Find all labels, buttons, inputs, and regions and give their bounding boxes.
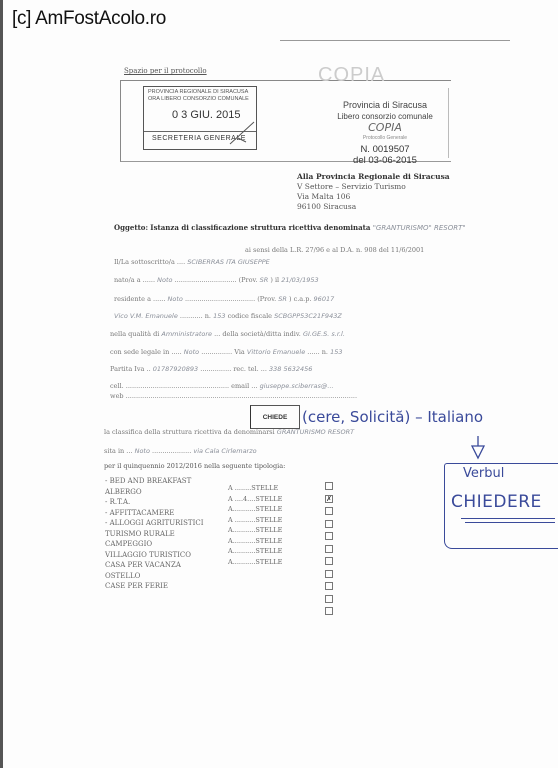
- classification-line: la classifica della struttura ricettiva …: [104, 428, 354, 436]
- field-web: web ....................................…: [110, 392, 357, 400]
- recipient-address: Alla Provincia Regionale di Siracusa V S…: [297, 172, 450, 212]
- site-line: sita in ... Noto ................... via…: [104, 447, 257, 455]
- classification-value: GRANTURISMO RESORT: [277, 428, 354, 436]
- field-value: 96017: [314, 295, 335, 303]
- field-piva: Partita Iva .. 01787920893 .............…: [110, 365, 312, 373]
- type-label: TURISMO RURALE: [105, 529, 204, 540]
- protocol-date: del 03-06-2015: [335, 155, 435, 166]
- underline: [465, 522, 555, 523]
- protocol-stamp: Provincia di Siracusa Libero consorzio c…: [335, 100, 435, 166]
- field-value: 21/03/1953: [281, 276, 318, 284]
- field-value: GI.GE.S. s.r.l.: [303, 330, 345, 338]
- field-value: Vico V.M. Emanuele: [114, 312, 178, 320]
- field-value: Vittorio Emanuele: [247, 348, 305, 356]
- field-value: 153: [213, 312, 225, 320]
- field-label: (Prov.: [239, 276, 258, 284]
- prov-line1: Provincia di Siracusa: [335, 100, 435, 111]
- signature-icon: [228, 118, 258, 148]
- subject-text: Istanza di classificazione struttura ric…: [150, 223, 370, 232]
- site-label: sita in: [104, 447, 124, 455]
- field-value: SR: [260, 276, 269, 284]
- type-label: ALBERGO: [105, 487, 204, 498]
- chiede-box: CHIEDE: [250, 405, 300, 429]
- recipient-line1: Alla Provincia Regionale di Siracusa: [297, 172, 450, 181]
- field-indirizzo: Vico V.M. Emanuele ........... n. 153 co…: [114, 312, 342, 320]
- type-checkbox[interactable]: [325, 482, 333, 490]
- stars-field[interactable]: A...........STELLE: [228, 504, 282, 515]
- field-label: con sede legale in: [110, 348, 169, 356]
- field-value: 338 5632456: [269, 365, 312, 373]
- field-label: email: [231, 382, 249, 390]
- classification-label: la classifica della struttura ricettiva …: [104, 428, 275, 436]
- field-sede: con sede legale in ..... Noto ..........…: [110, 348, 343, 356]
- type-label: - BED AND BREAKFAST: [105, 476, 204, 487]
- stamp-border: [448, 88, 449, 158]
- field-label: della società/ditta indiv.: [222, 330, 300, 338]
- subject-label: Oggetto:: [114, 223, 148, 232]
- recipient-line3: Via Malta 106: [297, 192, 350, 201]
- verb-title: Verbul: [463, 466, 504, 481]
- field-value: SR: [278, 295, 287, 303]
- copy-mark: COPIA: [318, 64, 385, 87]
- law-ref: ai sensi della L.R. 27/96 e al D.A. n. 9…: [245, 246, 424, 254]
- type-label: VILLAGGIO TURISTICO: [105, 550, 204, 561]
- type-label: - AFFITTACAMERE: [105, 508, 204, 519]
- field-label: nato/a a: [114, 276, 141, 284]
- field-label: (Prov.: [257, 295, 276, 303]
- stars-field[interactable]: A...........STELLE: [228, 536, 282, 547]
- stars-field[interactable]: A...........STELLE: [228, 525, 282, 536]
- underline: [461, 518, 555, 519]
- field-label: ) c.a.p.: [289, 295, 311, 303]
- type-label: CASA PER VACANZA: [105, 560, 204, 571]
- field-nato: nato/a a ...... Noto ...................…: [114, 276, 319, 284]
- prov-handwritten: COPIA: [335, 122, 435, 133]
- field-label: Partita Iva: [110, 365, 144, 373]
- verb-word: CHIEDERE: [451, 492, 542, 512]
- subject: Oggetto: Istanza di classificazione stru…: [114, 223, 466, 232]
- checkbox-list: ✗: [325, 482, 333, 620]
- watermark: [c] AmFostAcolo.ro: [12, 8, 166, 30]
- field-label: n.: [322, 348, 328, 356]
- field-label: web: [110, 392, 124, 400]
- type-checkbox[interactable]: [325, 545, 333, 553]
- stars-list: A ........STELLEA ....4....STELLEA......…: [228, 483, 282, 567]
- type-checkbox[interactable]: [325, 520, 333, 528]
- type-checkbox[interactable]: [325, 595, 333, 603]
- field-residente: residente a ...... Noto ................…: [114, 295, 334, 303]
- type-checkbox[interactable]: [325, 607, 333, 615]
- field-value: Amministratore: [161, 330, 212, 338]
- type-checkbox[interactable]: [325, 582, 333, 590]
- recipient-line2: V Settore – Servizio Turismo: [297, 182, 406, 191]
- stamp-line1: PROVINCIA REGIONALE DI SIRACUSA: [148, 89, 248, 95]
- field-sottoscritto: Il/La sottoscritto/a .... SCIBERRAS ITA …: [114, 258, 270, 266]
- protocol-label: Spazio per il protocollo: [124, 67, 207, 75]
- field-qualita: nella qualità di Amministratore ... dell…: [110, 330, 345, 338]
- stars-field[interactable]: A ........STELLE: [228, 483, 282, 494]
- type-checkbox[interactable]: [325, 557, 333, 565]
- period-line: per il quinquennio 2012/2016 nella segue…: [104, 462, 285, 470]
- field-value: SCBGPP53C21F943Z: [274, 312, 342, 320]
- field-cell: cell. ..................................…: [110, 382, 334, 390]
- field-label: n.: [205, 312, 211, 320]
- stars-field[interactable]: A ..........STELLE: [228, 515, 282, 526]
- field-value: Noto: [184, 348, 199, 356]
- annotation-chiede: (cere, Solicită) – Italiano: [302, 408, 483, 426]
- field-label: Il/La sottoscritto/a: [114, 258, 175, 266]
- prov-line3: Protocollo Generale: [335, 133, 435, 144]
- type-checkbox[interactable]: ✗: [325, 495, 333, 503]
- stars-field[interactable]: A...........STELLE: [228, 546, 282, 557]
- type-list: - BED AND BREAKFASTALBERGO- R.T.A.- AFFI…: [105, 476, 204, 592]
- field-value: SCIBERRAS ITA GIUSEPPE: [187, 258, 270, 266]
- type-checkbox[interactable]: [325, 532, 333, 540]
- field-label: codice fiscale: [228, 312, 272, 320]
- scan-edge: [0, 0, 3, 768]
- recipient-line4: 96100 Siracusa: [297, 202, 356, 211]
- protocol-number: N. 0019507: [335, 144, 435, 155]
- field-value: Noto: [157, 276, 172, 284]
- field-value: giuseppe.sciberras@...: [260, 382, 334, 390]
- type-checkbox[interactable]: [325, 570, 333, 578]
- type-label: - ALLOGGI AGRITURISTICI: [105, 518, 204, 529]
- subject-name: "GRANTURISMO" RESORT": [373, 224, 466, 232]
- field-label: cell.: [110, 382, 124, 390]
- stars-field[interactable]: A...........STELLE: [228, 557, 282, 568]
- field-label: rec. tel.: [233, 365, 258, 373]
- field-label: Via: [234, 348, 245, 356]
- type-label: CASE PER FERIE: [105, 581, 204, 592]
- divider: [280, 40, 510, 41]
- verb-annotation-box: Verbul CHIEDERE: [444, 463, 558, 549]
- field-label: residente a: [114, 295, 151, 303]
- site-value2: via Cala Cirlemarzo: [193, 447, 256, 455]
- type-label: - R.T.A.: [105, 497, 204, 508]
- site-value: Noto: [135, 447, 150, 455]
- field-label: ) il: [270, 276, 279, 284]
- type-label: OSTELLO: [105, 571, 204, 582]
- field-value: Noto: [168, 295, 183, 303]
- field-value: 153: [330, 348, 342, 356]
- arrow-down-icon: [470, 436, 486, 460]
- type-checkbox[interactable]: [325, 507, 333, 515]
- field-value: 01787920893: [153, 365, 199, 373]
- stars-field[interactable]: A ....4....STELLE: [228, 494, 282, 505]
- stamp-line2: ORA LIBERO CONSORZIO COMUNALE: [148, 96, 249, 102]
- type-label: CAMPEGGIO: [105, 539, 204, 550]
- field-label: nella qualità di: [110, 330, 159, 338]
